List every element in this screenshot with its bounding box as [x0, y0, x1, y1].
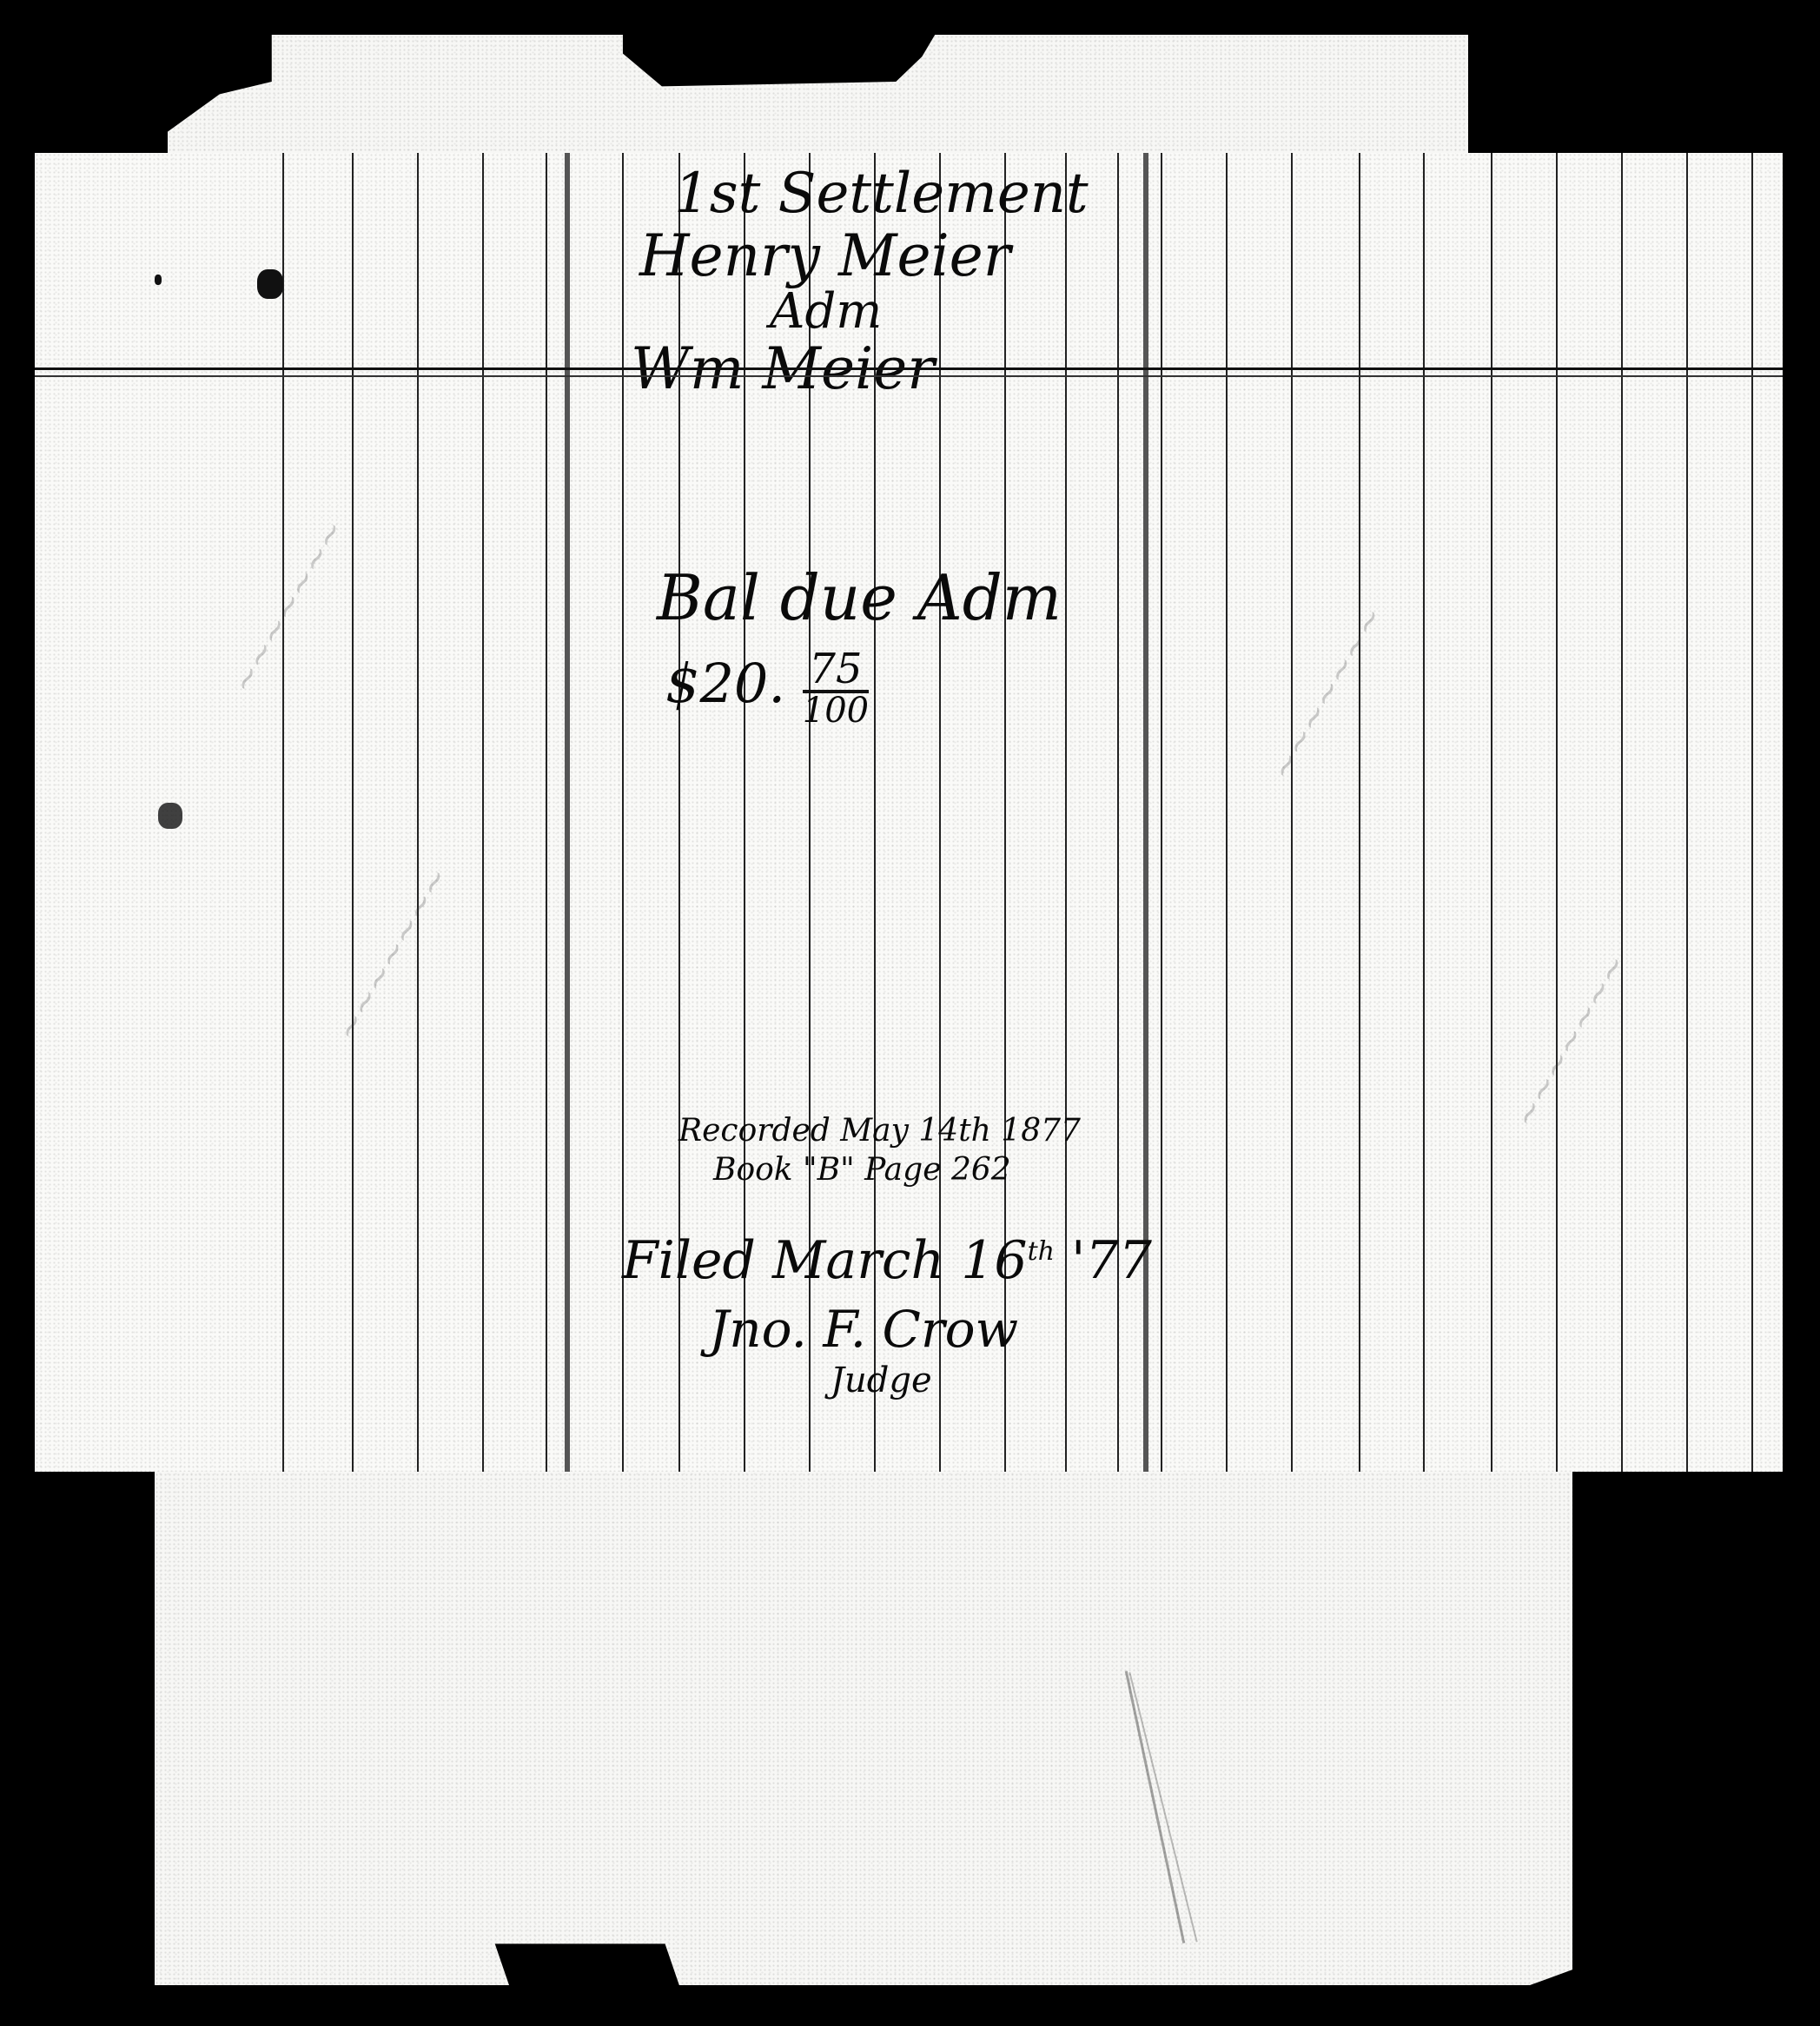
balance-cents-denominator: 100	[803, 693, 869, 728]
balance-cents-numerator: 75	[803, 648, 869, 693]
column-rule	[482, 153, 484, 1472]
balance-label: Bal due Adm	[657, 561, 1062, 634]
filed-text: Filed March 16	[622, 1230, 1028, 1291]
crease-line	[1128, 1672, 1197, 1943]
bleed-through-text: ~~~~~~~	[223, 513, 354, 699]
endorsement-title: 1st Settlement	[674, 162, 1089, 226]
column-rule	[282, 153, 284, 1472]
column-rule	[1686, 153, 1688, 1472]
balance-cents: 75 100	[803, 648, 869, 728]
balance-whole: $20.	[665, 652, 785, 715]
endorsement-role: Adm	[770, 283, 882, 340]
bleed-through-text: ~~~~~~~	[1506, 947, 1636, 1134]
panel-middle: 1st Settlement Henry Meier Adm Wm Meier …	[565, 153, 1148, 1472]
recorded-line-2: Book "B" Page 262	[713, 1152, 1011, 1188]
column-rule	[1226, 153, 1228, 1472]
column-rule	[1161, 153, 1162, 1472]
column-rule	[546, 153, 547, 1472]
ink-blot	[158, 803, 182, 829]
column-rule	[1491, 153, 1492, 1472]
endorsement-name: Henry Meier	[639, 222, 1010, 289]
panel-right: ~~~~~~~ ~~~~~~~	[1143, 153, 1783, 1472]
filed-ordinal: th	[1028, 1236, 1055, 1267]
column-rule	[417, 153, 419, 1472]
bottom-flap	[155, 1468, 1572, 1985]
filed-line: Filed March 16th '77	[622, 1230, 1152, 1291]
column-rule	[1423, 153, 1425, 1472]
column-rule	[1621, 153, 1623, 1472]
recorded-line-1: Recorded May 14th 1877	[678, 1113, 1081, 1149]
judge-signature: Jno. F. Crow	[709, 1300, 1018, 1359]
panel-left: ~~~~~~~ ~~~~~~~	[35, 153, 565, 1472]
ink-blot	[257, 269, 283, 299]
ink-spot	[155, 275, 162, 285]
judge-title: Judge	[831, 1361, 932, 1400]
crease-line	[1125, 1671, 1185, 1943]
bleed-through-text: ~~~~~~~	[328, 860, 458, 1047]
bleed-through-text: ~~~~~~~	[1262, 599, 1393, 786]
column-rule	[1751, 153, 1753, 1472]
column-rule	[1291, 153, 1293, 1472]
balance-amount: $20. 75 100	[665, 648, 869, 728]
filed-year: '77	[1071, 1230, 1152, 1291]
horizontal-rule	[35, 367, 1783, 377]
column-rule	[1359, 153, 1360, 1472]
column-rule	[1556, 153, 1558, 1472]
column-rule	[352, 153, 354, 1472]
document-sheet: ~~~~~~~ ~~~~~~~ 1st Settlement Henry Mei…	[35, 153, 1783, 1472]
